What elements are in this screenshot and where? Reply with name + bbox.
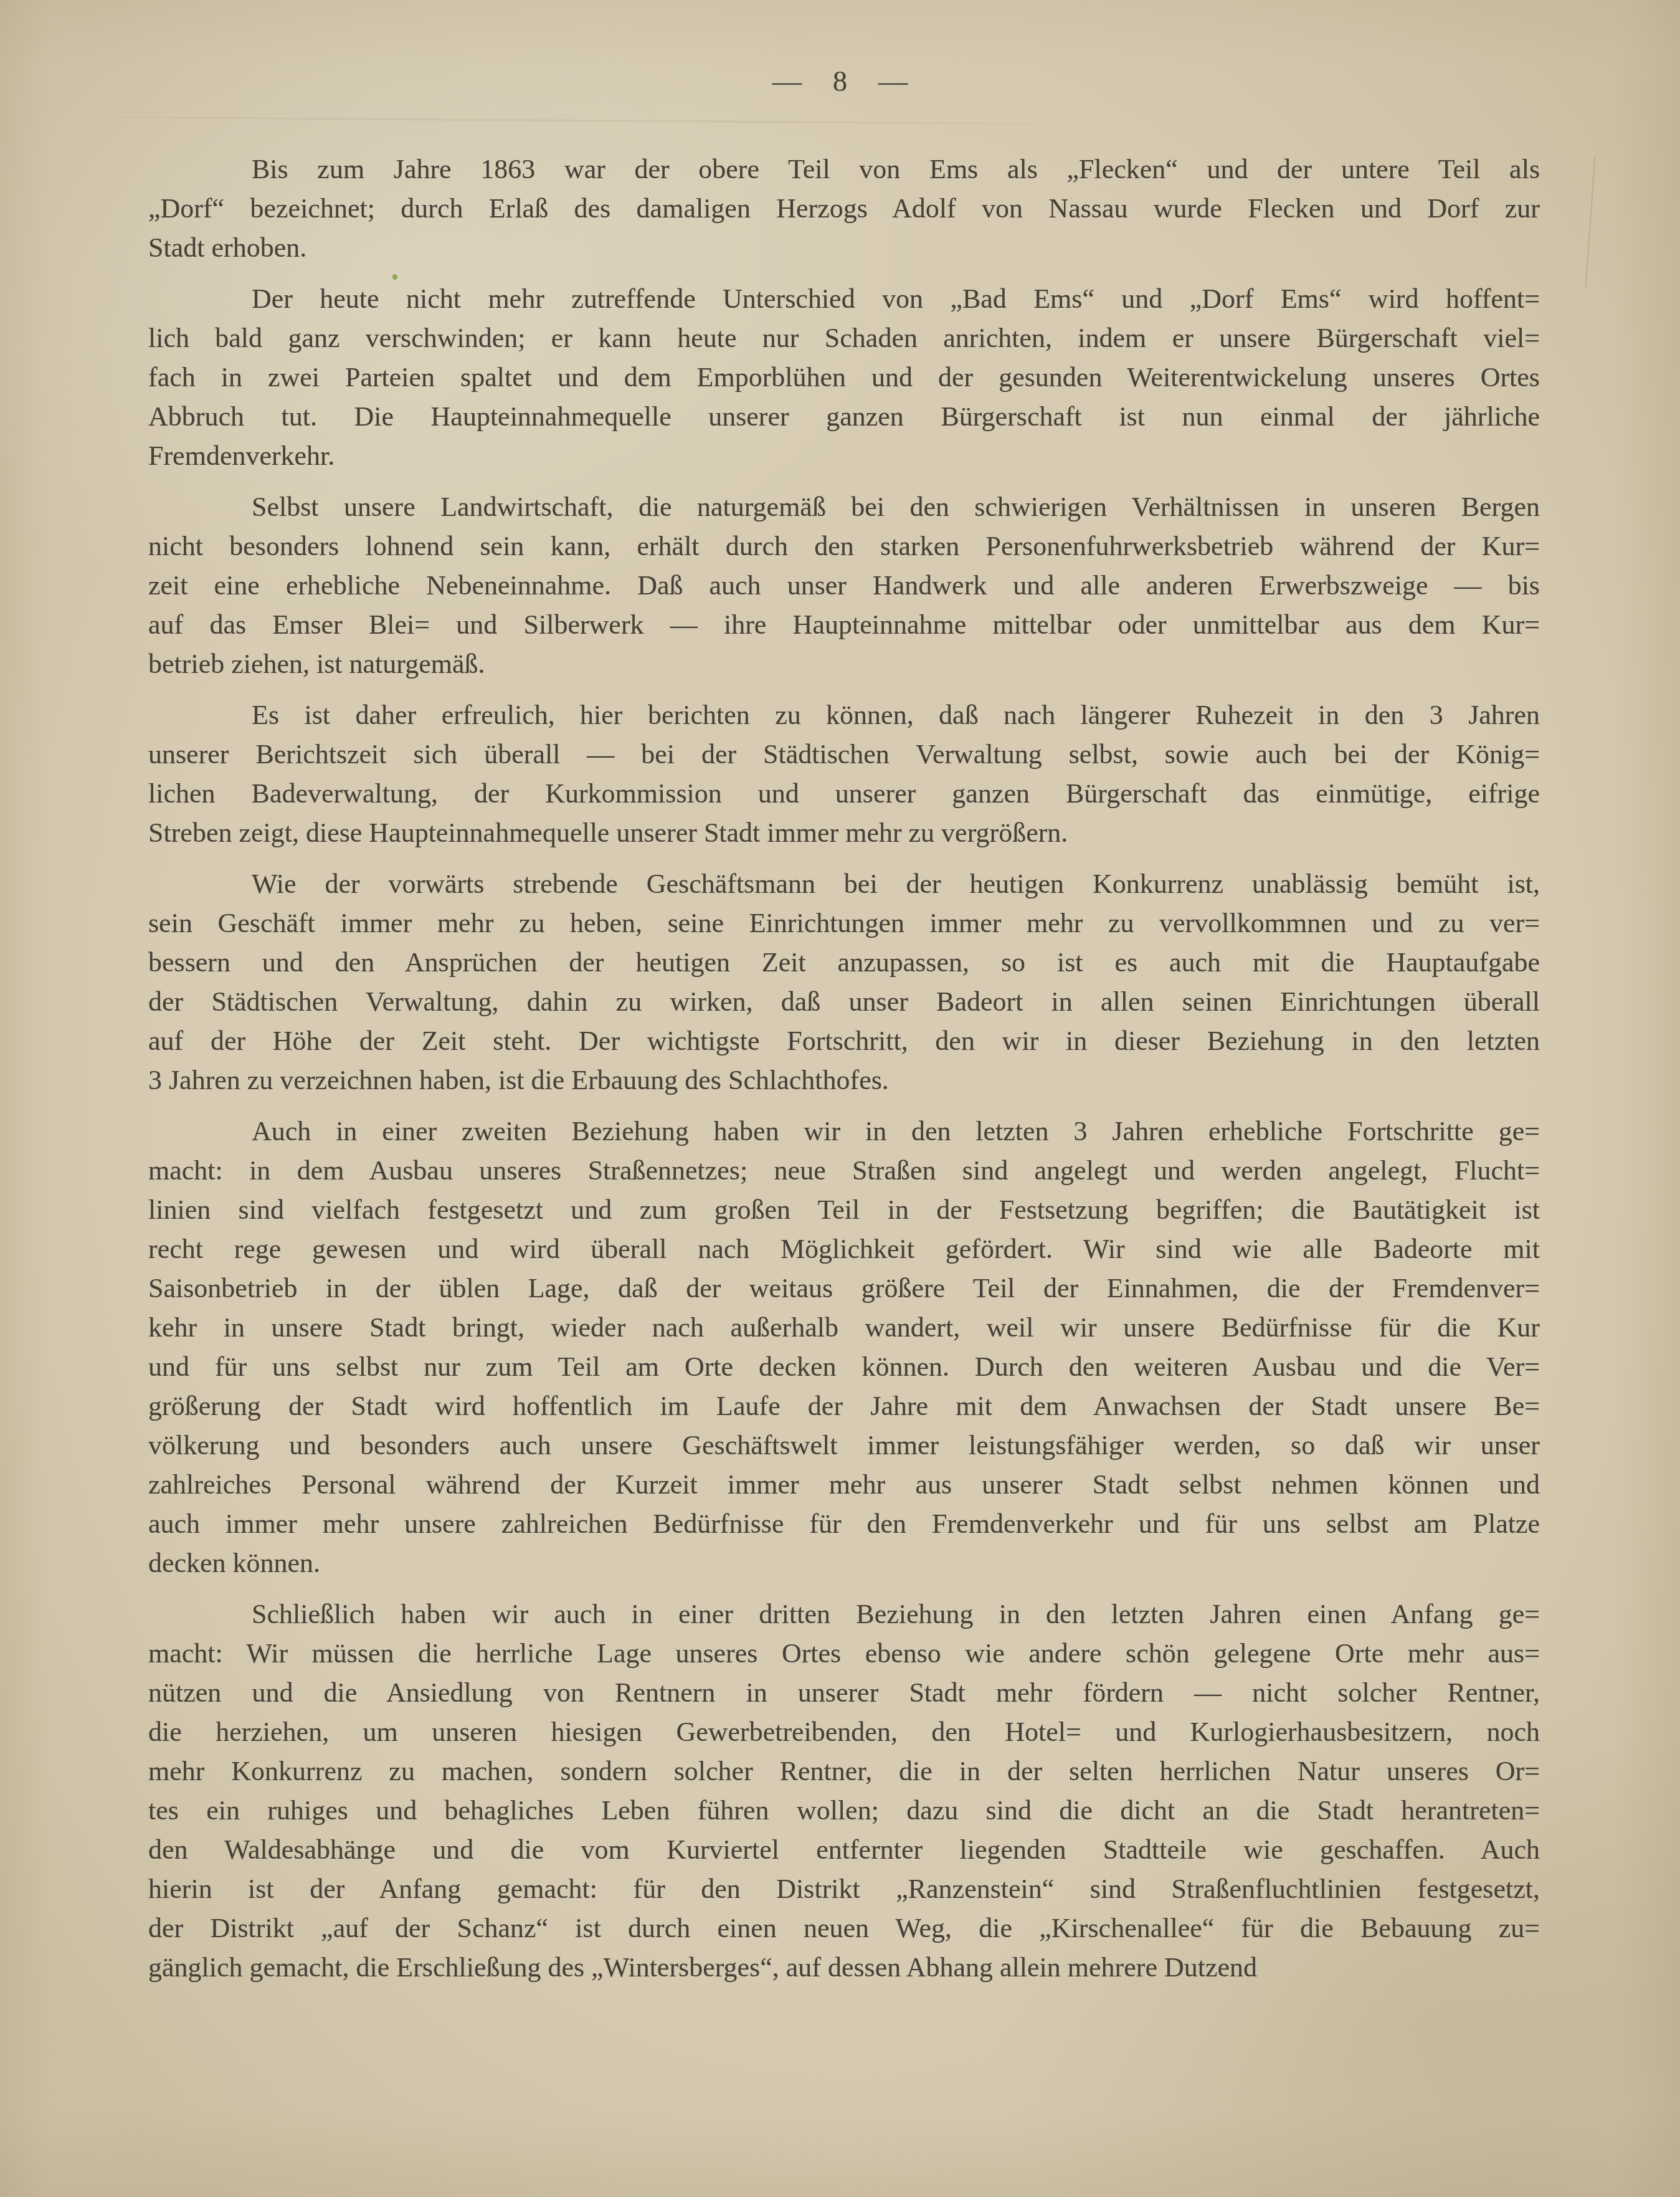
text-line: lich bald ganz verschwinden; er kann heu… (148, 318, 1540, 358)
text-line: decken können. (148, 1543, 1540, 1583)
text-line: Abbruch tut. Die Haupteinnahmequelle uns… (148, 397, 1540, 436)
paragraph: Der heute nicht mehr zutreffende Untersc… (148, 279, 1540, 475)
text-line: nützen und die Ansiedlung von Rentnern i… (148, 1673, 1540, 1712)
scanned-page: — 8 — Bis zum Jahre 1863 war der obere T… (0, 0, 1680, 2197)
text-line: Schließlich haben wir auch in einer drit… (148, 1594, 1540, 1634)
text-line: auch immer mehr unsere zahlreichen Bedür… (148, 1504, 1540, 1543)
text-line: bessern und den Ansprüchen der heutigen … (148, 943, 1540, 982)
text-line: kehr in unsere Stadt bringt, wieder nach… (148, 1308, 1540, 1347)
text-line: auf der Höhe der Zeit steht. Der wichtig… (148, 1021, 1540, 1060)
text-line: der Distrikt „auf der Schanz“ ist durch … (148, 1909, 1540, 1948)
text-line: gänglich gemacht, die Erschließung des „… (148, 1948, 1540, 1987)
text-line: macht: in dem Ausbau unseres Straßennetz… (148, 1151, 1540, 1190)
text-line: auf das Emser Blei= und Silberwerk — ihr… (148, 605, 1540, 644)
scan-scratch (1585, 157, 1596, 288)
text-line: den Waldesabhänge und die vom Kurviertel… (148, 1830, 1540, 1869)
paper-crease (112, 117, 1046, 125)
text-line: die herziehen, um unseren hiesigen Gewer… (148, 1712, 1540, 1751)
paragraph: Es ist daher erfreulich, hier berichten … (148, 695, 1540, 852)
paper-speck (392, 274, 397, 280)
text-line: größerung der Stadt wird hoffentlich im … (148, 1386, 1540, 1426)
text-line: zeit eine erhebliche Nebeneinnahme. Daß … (148, 566, 1540, 605)
text-line: zahlreiches Personal während der Kurzeit… (148, 1465, 1540, 1504)
text-line: Stadt erhoben. (148, 228, 1540, 267)
text-line: sein Geschäft immer mehr zu heben, seine… (148, 903, 1540, 943)
text-line: linien sind vielfach festgesetzt und zum… (148, 1190, 1540, 1229)
text-line: nicht besonders lohnend sein kann, erhäl… (148, 527, 1540, 566)
text-line: und für uns selbst nur zum Teil am Orte … (148, 1347, 1540, 1386)
paragraph: Wie der vorwärts strebende Geschäftsmann… (148, 864, 1540, 1100)
text-block: Bis zum Jahre 1863 war der obere Teil vo… (148, 150, 1540, 1999)
text-line: 3 Jahren zu verzeichnen haben, ist die E… (148, 1060, 1540, 1100)
paragraph: Selbst unsere Landwirtschaft, die naturg… (148, 487, 1540, 684)
text-line: lichen Badeverwaltung, der Kurkommission… (148, 774, 1540, 813)
text-line: Streben zeigt, diese Haupteinnahmequelle… (148, 813, 1540, 852)
text-line: Es ist daher erfreulich, hier berichten … (148, 695, 1540, 735)
text-line: Der heute nicht mehr zutreffende Untersc… (148, 279, 1540, 318)
text-line: „Dorf“ bezeichnet; durch Erlaß des damal… (148, 189, 1540, 228)
paragraph: Schließlich haben wir auch in einer drit… (148, 1594, 1540, 1987)
paragraph: Bis zum Jahre 1863 war der obere Teil vo… (148, 150, 1540, 267)
text-line: unserer Berichtszeit sich überall — bei … (148, 735, 1540, 774)
text-line: hierin ist der Anfang gemacht: für den D… (148, 1869, 1540, 1909)
text-line: völkerung und besonders auch unsere Gesc… (148, 1426, 1540, 1465)
text-line: Bis zum Jahre 1863 war der obere Teil vo… (148, 150, 1540, 189)
text-line: betrieb ziehen, ist naturgemäß. (148, 644, 1540, 684)
text-line: recht rege gewesen und wird überall nach… (148, 1229, 1540, 1269)
text-line: Wie der vorwärts strebende Geschäftsmann… (148, 864, 1540, 903)
text-line: der Städtischen Verwaltung, dahin zu wir… (148, 982, 1540, 1021)
text-line: Fremdenverkehr. (148, 436, 1540, 475)
text-line: macht: Wir müssen die herrliche Lage uns… (148, 1634, 1540, 1673)
paragraph: Auch in einer zweiten Beziehung haben wi… (148, 1112, 1540, 1583)
text-line: Selbst unsere Landwirtschaft, die naturg… (148, 487, 1540, 527)
text-line: tes ein ruhiges und behagliches Leben fü… (148, 1791, 1540, 1830)
text-line: Auch in einer zweiten Beziehung haben wi… (148, 1112, 1540, 1151)
page-number: — 8 — (0, 65, 1680, 98)
text-line: fach in zwei Parteien spaltet und dem Em… (148, 358, 1540, 397)
text-line: mehr Konkurrenz zu machen, sondern solch… (148, 1751, 1540, 1791)
text-line: Saisonbetrieb in der üblen Lage, daß der… (148, 1269, 1540, 1308)
